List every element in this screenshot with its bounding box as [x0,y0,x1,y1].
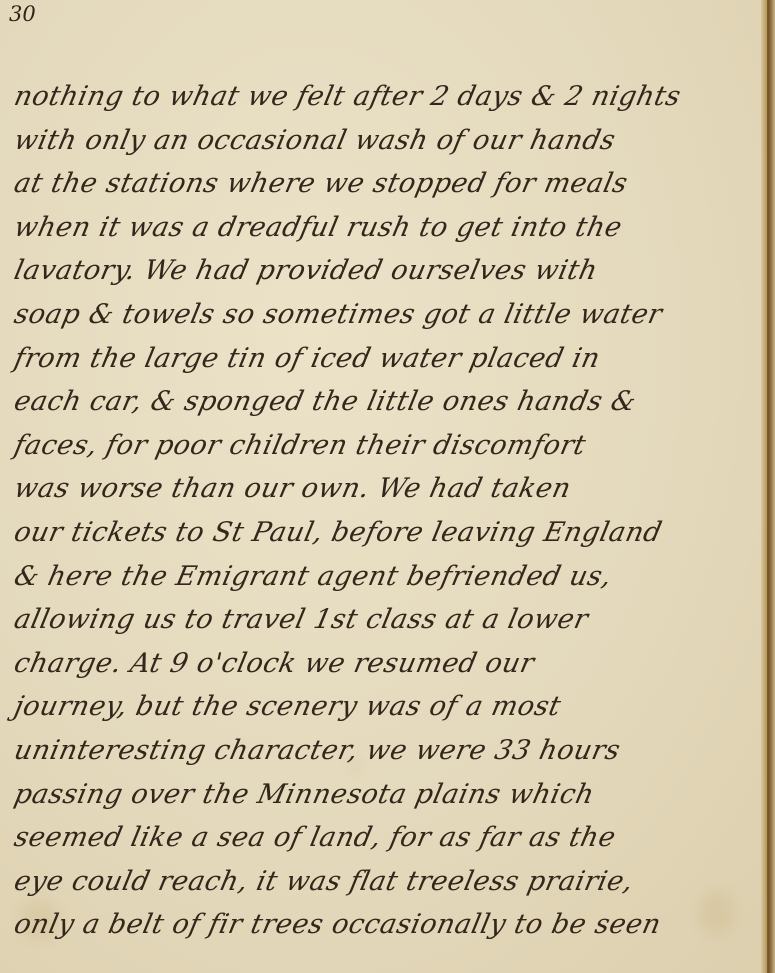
text-line: soap & towels so sometimes got a little … [10,293,769,337]
text-line: charge. At 9 o'clock we resumed our [10,642,769,686]
text-line: & here the Emigrant agent befriended us, [10,555,769,599]
text-line: seemed like a sea of land, for as far as… [10,816,769,860]
handwritten-text-block: nothing to what we felt after 2 days & 2… [10,75,760,947]
diary-page: 30 nothing to what we felt after 2 days … [0,0,775,973]
text-line: only a belt of fir trees occasionally to… [10,903,769,947]
text-line: journey, but the scenery was of a most [10,685,769,729]
page-number: 30 [9,2,36,26]
text-line: when it was a dreadful rush to get into … [10,206,769,250]
text-line: lavatory. We had provided ourselves with [10,249,769,293]
text-line: nothing to what we felt after 2 days & 2… [10,75,769,119]
text-line: each car, & sponged the little ones hand… [10,380,769,424]
text-line: eye could reach, it was flat treeless pr… [10,860,769,904]
text-line: uninteresting character, we were 33 hour… [10,729,769,773]
text-line: was worse than our own. We had taken [10,467,769,511]
text-line: our tickets to St Paul, before leaving E… [10,511,769,555]
binding-edge [767,0,769,973]
text-line: from the large tin of iced water placed … [10,337,769,381]
text-line: allowing us to travel 1st class at a low… [10,598,769,642]
text-line: with only an occasional wash of our hand… [10,119,769,163]
text-line: passing over the Minnesota plains which [10,773,769,817]
text-line: faces, for poor children their discomfor… [10,424,769,468]
text-line: at the stations where we stopped for mea… [10,162,769,206]
